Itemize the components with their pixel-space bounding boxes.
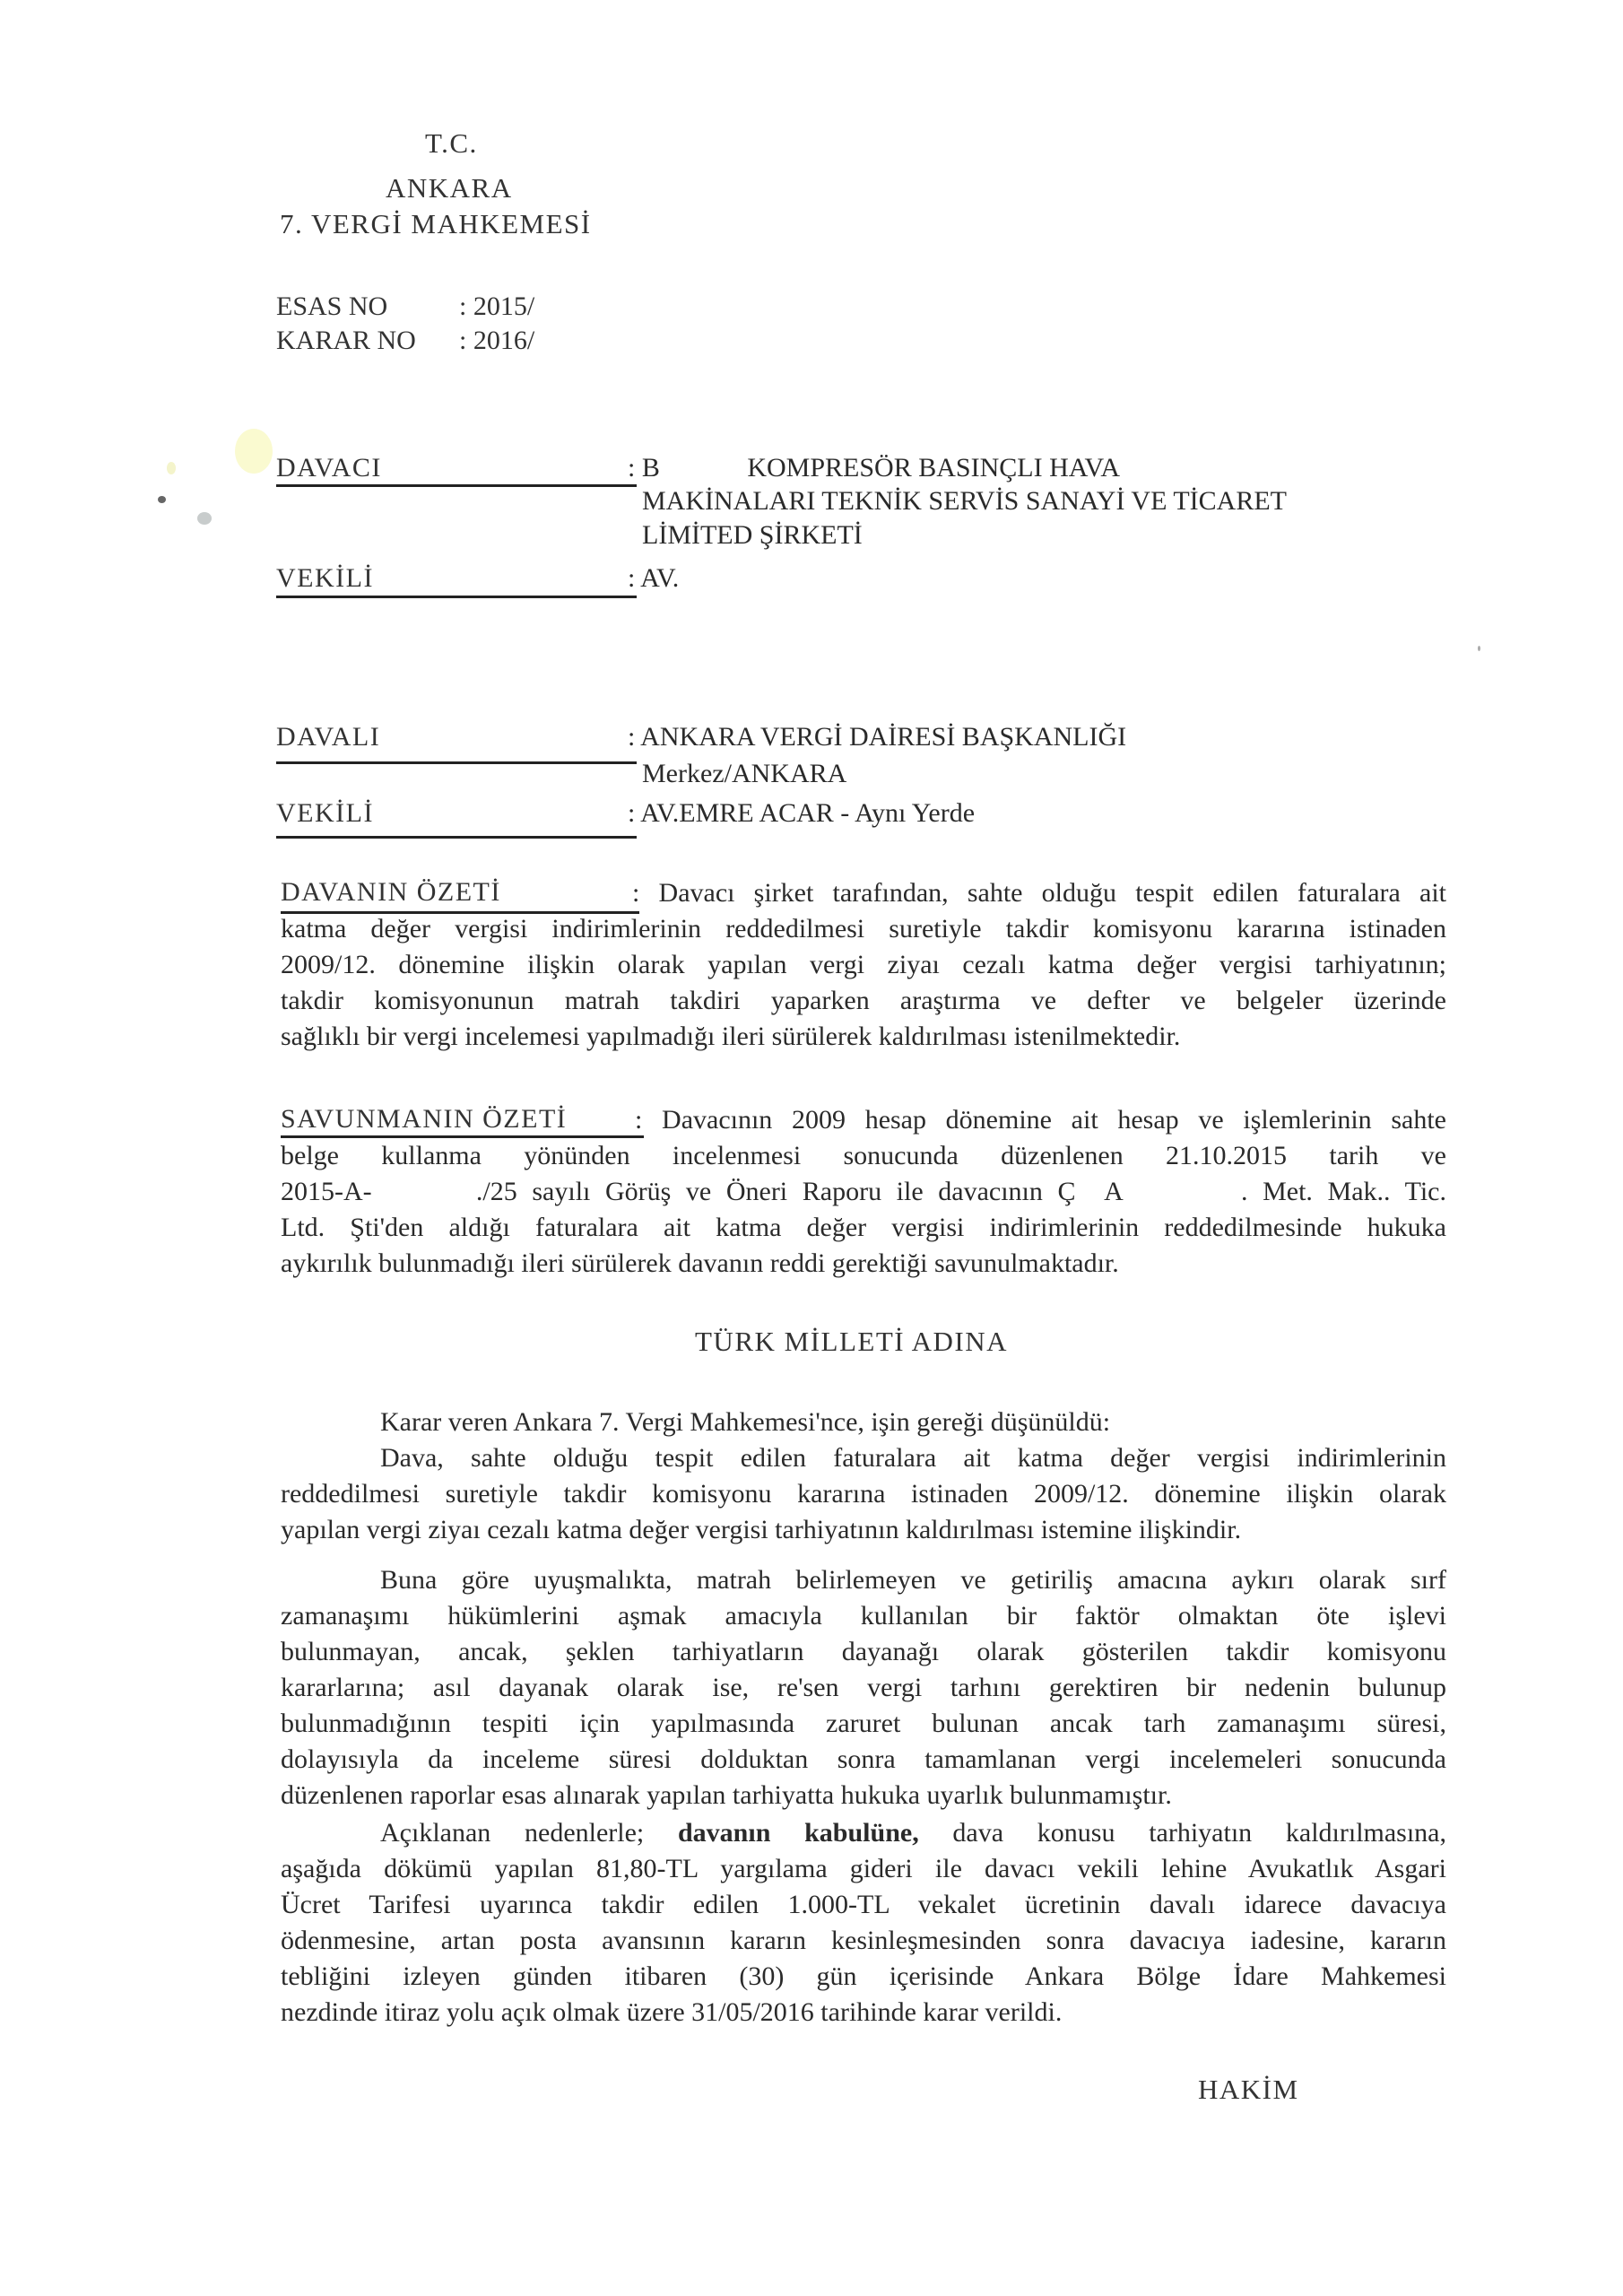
scan-speck <box>1478 646 1480 651</box>
decision-paragraph-1-line: reddedilmesi suretiyle takdir komisyonu … <box>281 1476 1446 1512</box>
davaci-vekili-label: VEKİLİ <box>276 563 374 594</box>
decision-paragraph-3-suffix: dava konusu tarhiyatın kaldırılmasına, <box>919 1818 1446 1848</box>
davanin-ozeti-line: katma değer vergisi indirimlerinin redde… <box>281 911 1446 947</box>
davali-vekili-value: : AV.EMRE ACAR - Aynı Yerde <box>628 798 975 829</box>
decision-paragraph-3-line: tebliğini izleyen günden itibaren (30) g… <box>281 1959 1446 1995</box>
decision-paragraph-2-line: kararlarına; asıl dayanak olarak ise, re… <box>281 1670 1446 1706</box>
davali-value-line-1: : ANKARA VERGİ DAİRESİ BAŞKANLIĞI <box>628 722 1126 752</box>
decision-paragraph-2-line: düzenlenen raporlar esas alınarak yapıla… <box>281 1778 1446 1813</box>
davaci-vekili-value: : AV. <box>628 563 679 594</box>
scan-speck <box>167 462 176 474</box>
decision-paragraph-2-line: bulunmadığının tespiti için yapılmasında… <box>281 1706 1446 1742</box>
decision-paragraph-3-line: nezdinde itiraz yolu açık olmak üzere 31… <box>281 1995 1446 2031</box>
davaci-vekili-underline <box>276 596 637 598</box>
davaci-value-line-1: : B KOMPRESÖR BASINÇLI HAVA <box>628 453 1120 483</box>
davali-vekili-underline <box>276 836 637 839</box>
decision-verdict-bold: davanın kabulüne, <box>678 1818 919 1848</box>
decision-paragraph-2-line: bulunmayan, ancak, şeklen tarhiyatların … <box>281 1634 1446 1670</box>
decision-paragraph-3-line: ödenmesine, artan posta avansının kararı… <box>281 1923 1446 1959</box>
header-city: ANKARA <box>386 172 513 204</box>
decision-paragraph-2-line: dolayısıyla da inceleme süresi dolduktan… <box>281 1742 1446 1778</box>
decision-title: TÜRK MİLLETİ ADINA <box>695 1326 1008 1358</box>
scan-stain <box>235 429 273 474</box>
decision-paragraph-3-first-line: Açıklanan nedenlerle; davanın kabulüne, … <box>380 1815 1446 1851</box>
davaci-label: DAVACI <box>276 453 382 483</box>
decision-paragraph-3-line: aşağıda dökümü yapılan 81,80-TL yargılam… <box>281 1851 1446 1887</box>
signature-hakim: HAKİM <box>1198 2074 1299 2106</box>
decision-intro: Karar veren Ankara 7. Vergi Mahkemesi'nc… <box>380 1405 1446 1440</box>
esas-no-label: ESAS NO <box>276 291 387 322</box>
header-tc: T.C. <box>425 127 478 160</box>
karar-no-label: KARAR NO <box>276 326 416 356</box>
savunmanin-ozeti-line: Ltd. Şti'den aldığı faturalara ait katma… <box>281 1210 1446 1246</box>
decision-paragraph-1-line: Dava, sahte olduğu tespit edilen fatural… <box>380 1440 1446 1476</box>
decision-paragraph-1-line: yapılan vergi ziyaı cezalı katma değer v… <box>281 1512 1446 1548</box>
savunmanin-ozeti-line: belge kullanma yönünden incelenmesi sonu… <box>281 1138 1446 1174</box>
decision-paragraph-3-line: Ücret Tarifesi uyarınca takdir edilen 1.… <box>281 1887 1446 1923</box>
davanin-ozeti-label: DAVANIN ÖZETİ <box>281 877 501 908</box>
scan-speck <box>197 512 212 525</box>
esas-no-value: : 2015/ <box>459 291 534 322</box>
davanin-ozeti-line: takdir komisyonunun matrah takdiri yapar… <box>281 983 1446 1019</box>
davali-label: DAVALI <box>276 722 380 752</box>
decision-paragraph-3-prefix: Açıklanan nedenlerle; <box>380 1818 678 1848</box>
davanin-ozeti-line: 2009/12. dönemine ilişkin olarak yapılan… <box>281 947 1446 983</box>
davali-vekili-label: VEKİLİ <box>276 798 374 829</box>
davanin-ozeti-first-line: : Davacı şirket tarafından, sahte olduğu… <box>632 875 1446 911</box>
davaci-value-line-3: LİMİTED ŞİRKETİ <box>642 520 863 551</box>
savunmanin-ozeti-label: SAVUNMANIN ÖZETİ <box>281 1104 567 1135</box>
decision-paragraph-2-line: zamanaşımı hükümlerini aşmak amacıyla ku… <box>281 1598 1446 1634</box>
header-court: 7. VERGİ MAHKEMESİ <box>280 208 592 240</box>
karar-no-value: : 2016/ <box>459 326 534 356</box>
davaci-underline <box>276 484 637 487</box>
decision-paragraph-2-line: Buna göre uyuşmalıkta, matrah belirlemey… <box>380 1562 1446 1598</box>
scan-speck <box>158 496 166 503</box>
savunmanin-ozeti-line: 2015-A- ./25 sayılı Görüş ve Öneri Rapor… <box>281 1174 1446 1210</box>
savunmanin-ozeti-first-line: : Davacının 2009 hesap dönemine ait hesa… <box>635 1102 1446 1138</box>
court-decision-page: T.C. ANKARA 7. VERGİ MAHKEMESİ ESAS NO :… <box>0 0 1623 2296</box>
davali-value-line-2: Merkez/ANKARA <box>642 759 846 789</box>
savunmanin-ozeti-line: aykırılık bulunmadığı ileri sürülerek da… <box>281 1246 1446 1282</box>
davali-underline <box>276 761 637 764</box>
davanin-ozeti-line: sağlıklı bir vergi incelemesi yapılmadığ… <box>281 1019 1446 1055</box>
davaci-value-line-2: MAKİNALARI TEKNİK SERVİS SANAYİ VE TİCAR… <box>642 486 1287 517</box>
